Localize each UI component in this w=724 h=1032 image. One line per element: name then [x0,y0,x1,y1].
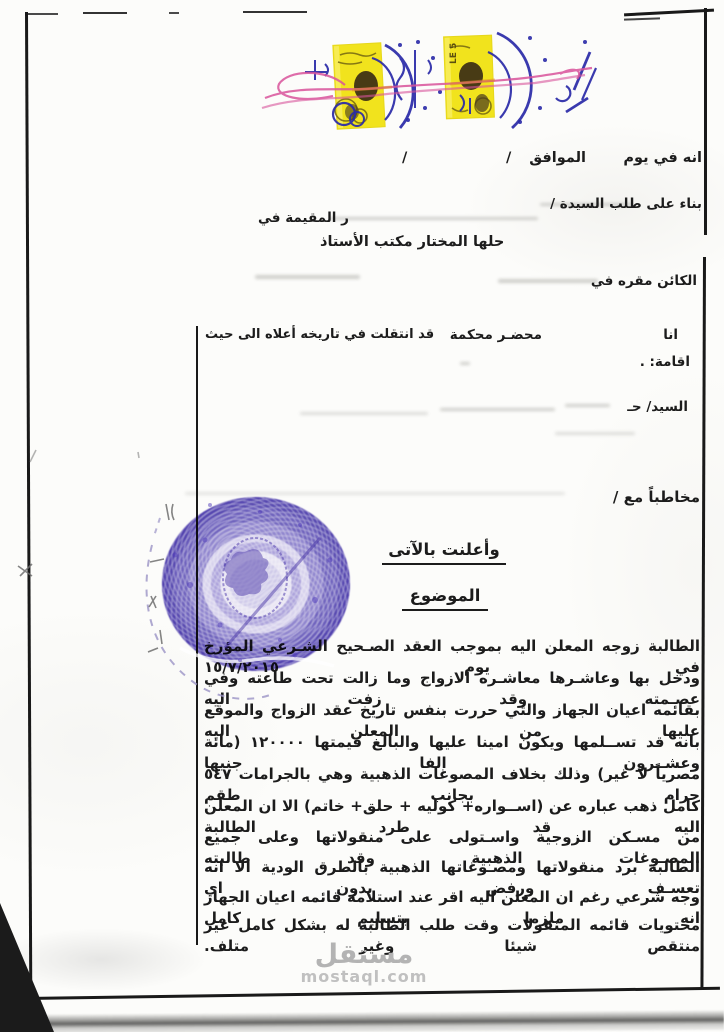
date-line-corresponding: الموافق [529,150,586,166]
bailiff-i: انا [663,327,678,343]
watermark-domain: mostaql.com [276,969,452,986]
pink-scribble [262,68,592,108]
scan-corner-shadow [0,903,54,1032]
scan-edge-dash [243,11,307,13]
right-border-line-top [704,8,707,235]
stamp-eagle-emblem [224,549,269,596]
watermark-logo: مستقل [276,941,452,969]
top-right-line [624,9,714,16]
scan-bottom-edge-band [0,1010,724,1032]
residence-label: اقامة: . [640,354,690,370]
addressee-line: السيد/ حـ [627,399,688,415]
redacted-text [330,217,538,220]
scan-edge-dash [83,12,127,14]
bailiff-action: قد انتقلت في تاريخه أعلاه الى حيث [205,327,434,342]
bottom-border-line [25,987,720,1000]
scan-edge-dash [25,13,58,15]
redacted-text [255,275,360,279]
revenue-stamps-area: LE 5 [250,18,610,140]
residence-fragment: ر المقيمة في [258,210,349,226]
date-line-day: انه في يوم [623,150,702,166]
request-line: بناء على طلب السيدة / [550,196,702,212]
scanned-document-page: انه في يوم الموافق / / بناء على طلب السي… [0,0,724,1032]
scan-edge-dash [169,12,179,14]
elected-domicile-line: حلها المختار مكتب الأستاذ [320,234,504,250]
redacted-text [300,412,428,415]
redacted-text [565,404,610,407]
revenue-stamp-value: LE 5 [449,43,459,64]
pencil-marks [18,450,529,652]
bailiff-title: محضـر محكمة [450,327,542,343]
date-slash: / [506,150,511,166]
date-slash: / [402,150,407,166]
stamp-emblem-and-pencil-marks [0,430,724,720]
office-location-line: الكائن مقره في [591,273,697,289]
redacted-text [460,362,470,365]
watermark: مستقل mostaql.com [276,941,452,986]
redacted-text [440,408,555,411]
top-right-line-short [624,17,660,20]
redacted-text [498,279,598,283]
